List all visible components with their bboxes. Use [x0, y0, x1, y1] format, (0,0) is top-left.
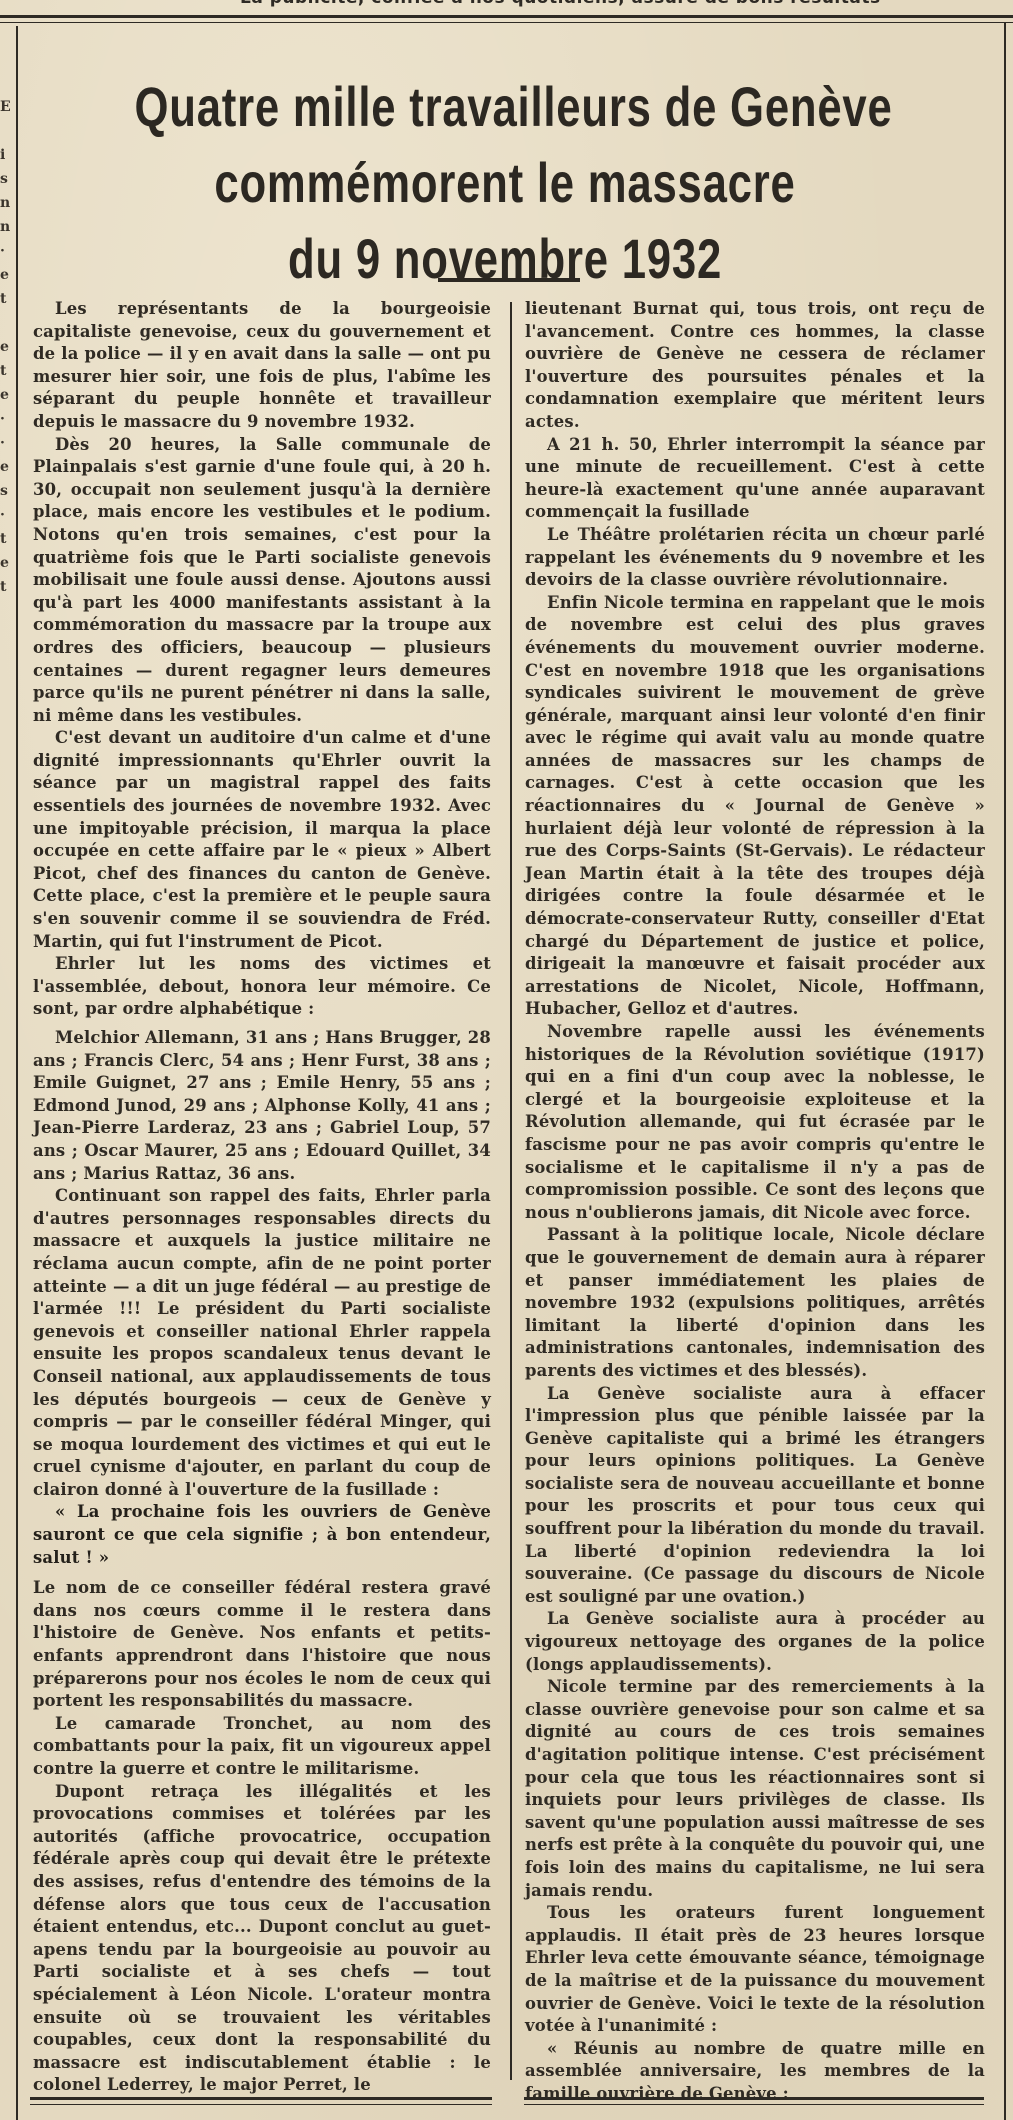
paragraph: Continuant son rappel des faits, Ehrler … — [33, 1185, 491, 1501]
headline-line-1: Quatre mille travailleurs de Genève — [135, 69, 876, 145]
paragraph: Dès 20 heures, la Salle communale de Pla… — [33, 434, 491, 728]
fragment-char: E — [0, 95, 10, 119]
fragment-char: s — [0, 479, 10, 503]
paragraph: Les représentants de la bourgeoisie capi… — [33, 298, 491, 434]
frame-rule-left — [16, 26, 18, 2120]
victims-list: Melchior Allemann, 31 ans ; Hans Brugger… — [33, 1027, 491, 1185]
paragraph: Nicole termine par des remerciements à l… — [525, 1676, 985, 1902]
fragment-char: e — [0, 551, 10, 575]
fragment-char: e — [0, 383, 10, 407]
fragment-char — [0, 119, 10, 143]
fragment-char: t — [0, 527, 10, 551]
headline-underline-rule — [438, 278, 580, 282]
article-headline: Quatre mille travailleurs de Genève comm… — [30, 69, 980, 297]
paragraph: Tous les orateurs furent longuement appl… — [525, 1902, 985, 2038]
paragraph: Le camarade Tronchet, au nom des combatt… — [33, 1713, 491, 1781]
masthead-strip-text: La publicité, confiée à nos quotidiens, … — [240, 0, 881, 8]
fragment-char: · — [0, 239, 10, 263]
headline-line-3: du 9 novembre 1932 — [135, 221, 876, 297]
paragraph: Le nom de ce conseiller fédéral restera … — [33, 1577, 491, 1713]
paragraph: C'est devant un auditoire d'un calme et … — [33, 727, 491, 953]
paragraph: La Genève socialiste aura à procéder au … — [525, 1608, 985, 1676]
paragraph: Passant à la politique locale, Nicole dé… — [525, 1224, 985, 1382]
fragment-char: i — [0, 143, 10, 167]
fragment-char: n — [0, 191, 10, 215]
minger-quote: « La prochaine fois les ouvriers de Genè… — [33, 1501, 491, 1569]
fragment-char: t — [0, 359, 10, 383]
fragment-char: e — [0, 455, 10, 479]
fragment-char: · — [0, 431, 10, 455]
fragment-char: t — [0, 287, 10, 311]
frame-rule-right — [1004, 22, 1006, 2120]
fragment-char — [0, 311, 10, 335]
newspaper-page: La publicité, confiée à nos quotidiens, … — [0, 0, 1013, 2120]
fragment-char: t — [0, 575, 10, 599]
paragraph: Enfin Nicole termina en rappelant que le… — [525, 592, 985, 1021]
top-double-rule — [0, 15, 1013, 23]
bottom-rule-left — [30, 2097, 492, 2105]
fragment-char: e — [0, 335, 10, 359]
fragment-char: e — [0, 263, 10, 287]
paragraph: Ehrler lut les noms des victimes et l'as… — [33, 953, 491, 1021]
resolution-quote: « Réunis au nombre de quatre mille en as… — [525, 2038, 985, 2106]
paragraph: La Genève socialiste aura à effacer l'im… — [525, 1383, 985, 1609]
fragment-char: · — [0, 503, 10, 527]
paragraph: Dupont retraça les illégalités et les pr… — [33, 1781, 491, 2097]
article-column-right: lieutenant Burnat qui, tous trois, ont r… — [525, 298, 985, 2106]
paragraph: A 21 h. 50, Ehrler interrompit la séance… — [525, 434, 985, 524]
column-divider-rule — [510, 302, 512, 2080]
article-column-left: Les représentants de la bourgeoisie capi… — [33, 298, 491, 2097]
paragraph-continued: lieutenant Burnat qui, tous trois, ont r… — [525, 298, 985, 434]
fragment-char: · — [0, 407, 10, 431]
fragment-char: n — [0, 215, 10, 239]
headline-line-2: commémorent le massacre — [135, 145, 876, 221]
masthead-strip: La publicité, confiée à nos quotidiens, … — [0, 0, 1013, 12]
adjacent-column-fragment: E i s n n · e t e t e · · e s · t e t — [0, 95, 10, 599]
bottom-rule-right — [524, 2097, 984, 2105]
fragment-char: s — [0, 167, 10, 191]
paragraph: Le Théâtre prolétarien récita un chœur p… — [525, 524, 985, 592]
paragraph: Novembre rapelle aussi les événements hi… — [525, 1021, 985, 1224]
